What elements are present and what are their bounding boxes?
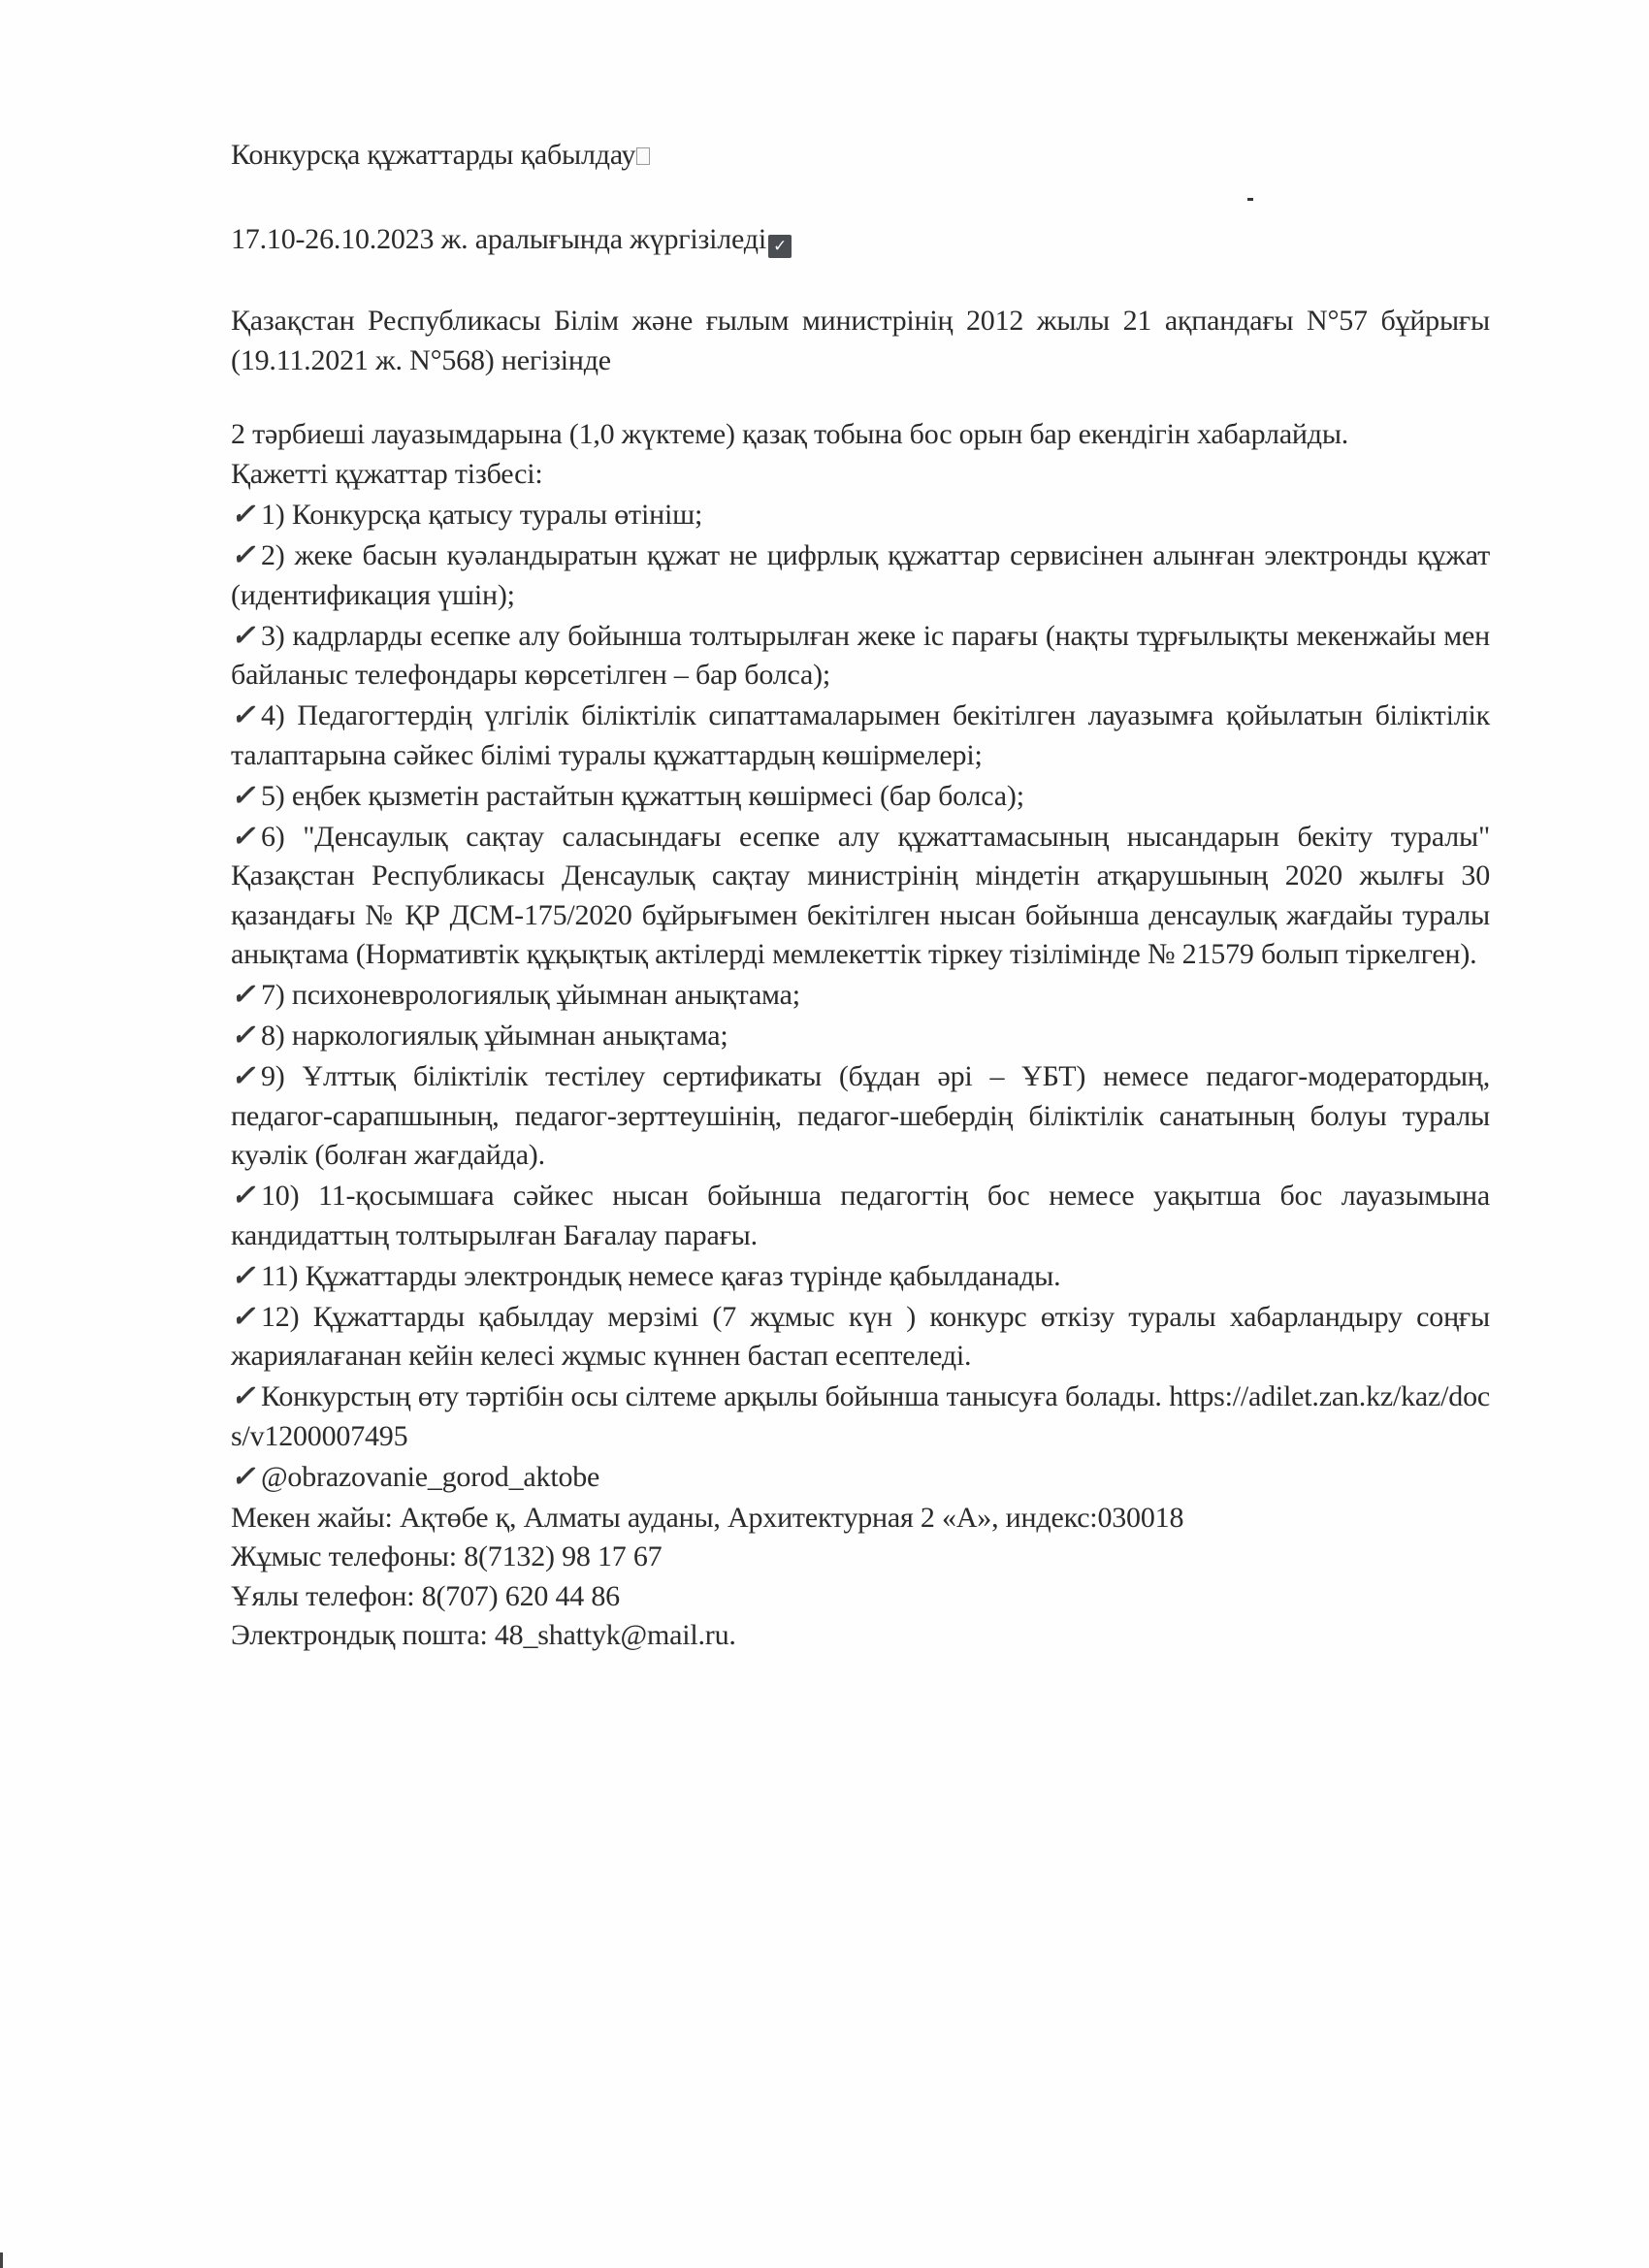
procedure-item: ✓Конкурстың өту тәртібін осы сілтеме арқ… [231, 1377, 1490, 1456]
requirements-list: ✓1) Конкурсқа қатысу туралы өтініш; ✓2) … [231, 496, 1490, 1497]
requirement-item: ✓5) еңбек қызметін растайтын құжаттың кө… [231, 777, 1490, 817]
document-page: Конкурсқа құжаттарды қабылдау 17.10-26.1… [0, 0, 1649, 2268]
check-mark-icon: ✓ [231, 1257, 252, 1297]
requirement-item: ✓9) Ұлттық біліктілік тестілеу сертифика… [231, 1057, 1490, 1176]
requirement-item: ✓8) наркологиялық ұйымнан анықтама; [231, 1017, 1490, 1056]
document-title-line: Конкурсқа құжаттарды қабылдау [231, 136, 1490, 176]
document-body: Конкурсқа құжаттарды қабылдау 17.10-26.1… [231, 136, 1490, 1656]
contact-email: Электрондық пошта: 48_shattyk@mail.ru. [231, 1616, 1490, 1656]
requirement-text: 6) "Денсаулық сақтау саласындағы есепке … [231, 821, 1490, 971]
requirement-text: 3) кадрларды есепке алу бойынша толтырыл… [231, 620, 1490, 692]
check-mark-icon: ✓ [231, 1017, 252, 1056]
check-mark-icon: ✓ [231, 1057, 252, 1097]
requirement-item: ✓12) Құжаттарды қабылдау мерзімі (7 жұмы… [231, 1298, 1490, 1377]
check-mark-icon: ✓ [231, 617, 252, 657]
document-title: Конкурсқа құжаттарды қабылдау [231, 139, 635, 171]
contact-mobile-phone: Ұялы телефон: 8(707) 620 44 86 [231, 1577, 1490, 1617]
check-mark-icon: ✓ [231, 777, 252, 817]
check-mark-icon: ✓ [231, 697, 252, 736]
requirement-text: 5) еңбек қызметін растайтын құжаттың көш… [261, 780, 1024, 812]
social-item: ✓@obrazovanie_gorod_aktobe [231, 1458, 1490, 1498]
check-mark-icon: ✓ [231, 536, 252, 576]
check-mark-icon: ✓ [231, 818, 252, 858]
requirements-heading: Қажетті құжаттар тізбесі: [231, 455, 1490, 495]
requirement-text: 12) Құжаттарды қабылдау мерзімі (7 жұмыс… [231, 1301, 1490, 1373]
scan-artifact-edge [0, 2252, 3, 2268]
check-mark-icon: ✓ [231, 1298, 252, 1338]
vacancy-announcement: 2 тәрбиеші лауазымдарына (1,0 жүктеме) қ… [231, 415, 1490, 455]
legal-basis-paragraph: Қазақстан Республикасы Білім және ғылым … [231, 302, 1490, 380]
empty-box-icon [636, 147, 650, 165]
requirement-text: 11) Құжаттарды электрондық немесе қағаз … [261, 1260, 1060, 1292]
requirement-item: ✓10) 11-қосымшаға сәйкес нысан бойынша п… [231, 1177, 1490, 1255]
requirement-text: 7) психоневрологиялық ұйымнан анықтама; [261, 979, 800, 1011]
requirement-item: ✓3) кадрларды есепке алу бойынша толтыры… [231, 617, 1490, 696]
date-range-text: 17.10-26.10.2023 ж. аралығында жүргізіле… [231, 223, 766, 255]
requirement-item: ✓6) "Денсаулық сақтау саласындағы есепке… [231, 818, 1490, 975]
check-mark-icon: ✓ [231, 496, 252, 535]
requirement-item: ✓11) Құжаттарды электрондық немесе қағаз… [231, 1257, 1490, 1297]
check-mark-icon: ✓ [231, 1458, 252, 1498]
requirement-text: 4) Педагогтердің үлгілік біліктілік сипа… [231, 699, 1490, 771]
requirement-text: 8) наркологиялық ұйымнан анықтама; [261, 1020, 728, 1052]
requirement-item: ✓4) Педагогтердің үлгілік біліктілік сип… [231, 697, 1490, 775]
requirement-text: 10) 11-қосымшаға сәйкес нысан бойынша пе… [231, 1180, 1490, 1251]
checked-box-icon: ✓ [768, 235, 792, 258]
requirement-item: ✓2) жеке басын куәландыратын құжат не ци… [231, 536, 1490, 615]
requirement-item: ✓7) психоневрологиялық ұйымнан анықтама; [231, 976, 1490, 1016]
check-mark-icon: ✓ [231, 1377, 252, 1417]
procedure-text: Конкурстың өту тәртібін осы сілтеме арқы… [261, 1380, 1162, 1412]
date-line: 17.10-26.10.2023 ж. аралығында жүргізіле… [231, 220, 1490, 260]
check-mark-icon: ✓ [231, 1177, 252, 1216]
requirement-text: 1) Конкурсқа қатысу туралы өтініш; [261, 499, 702, 531]
check-mark-icon: ✓ [231, 976, 252, 1016]
requirement-item: ✓1) Конкурсқа қатысу туралы өтініш; [231, 496, 1490, 535]
social-handle[interactable]: @obrazovanie_gorod_aktobe [261, 1461, 599, 1493]
contact-address: Мекен жайы: Ақтөбе қ, Алматы ауданы, Арх… [231, 1499, 1490, 1539]
requirement-text: 9) Ұлттық біліктілік тестілеу сертификат… [231, 1060, 1490, 1171]
contact-work-phone: Жұмыс телефоны: 8(7132) 98 17 67 [231, 1538, 1490, 1577]
requirement-text: 2) жеке басын куәландыратын құжат не циф… [231, 539, 1490, 611]
